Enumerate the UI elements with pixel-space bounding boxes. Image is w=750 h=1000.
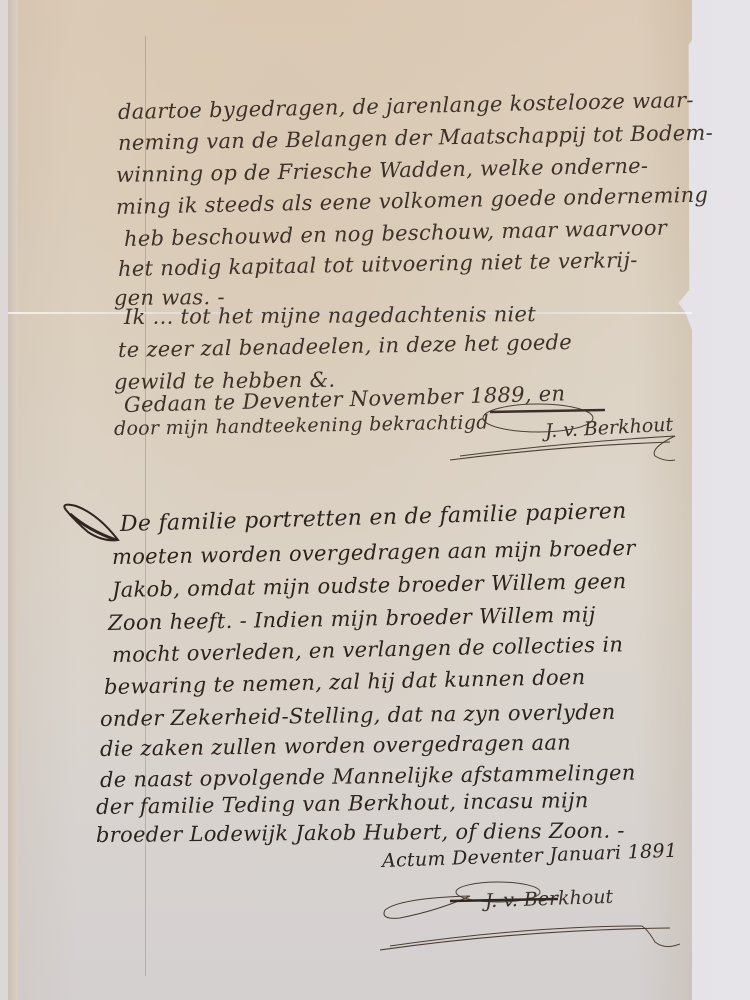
- text-line: heb beschouwd en nog beschouw, maar waar…: [124, 216, 668, 251]
- text-line: Ik ... tot het mijne nagedachtenis niet: [124, 302, 536, 329]
- text-line: bewaring te nemen, zal hij dat kunnen do…: [104, 665, 586, 699]
- text-line: het nodig kapitaal tot uitvoering niet t…: [118, 248, 638, 281]
- text-line: Jakob, omdat mijn oudste broeder Willem …: [112, 569, 627, 602]
- text-line: winning op de Friesche Wadden, welke ond…: [116, 154, 649, 187]
- text-line: ming ik steeds als eene volkomen goede o…: [116, 183, 709, 219]
- letter-body: daartoe bygedragen, de jarenlange kostel…: [0, 0, 750, 1000]
- text-line: mocht overleden, en verlangen de collect…: [112, 632, 624, 667]
- text-line: onder Zekerheid-Stelling, dat na zyn ove…: [100, 700, 616, 731]
- date-line-1891: Actum Deventer Januari 1891: [382, 840, 678, 872]
- text-line: de naast opvolgende Mannelijke afstammel…: [100, 761, 636, 792]
- text-line: moeten worden overgedragen aan mijn broe…: [112, 536, 636, 569]
- text-line: te zeer zal benadeelen, in deze het goed…: [118, 330, 572, 362]
- text-line: die zaken zullen worden overgedragen aan: [100, 730, 571, 761]
- text-line: broeder Lodewijk Jakob Hubert, of diens …: [96, 818, 625, 847]
- signature-flourish-1: [450, 398, 680, 468]
- signature-flourish-2: [380, 870, 680, 960]
- text-line: daartoe bygedragen, de jarenlange kostel…: [118, 88, 694, 124]
- text-line: Zoon heeft. - Indien mijn broeder Willem…: [108, 602, 596, 635]
- text-line: neming van de Belangen der Maatschappij …: [118, 121, 713, 155]
- text-line: De familie portretten en de familie papi…: [120, 499, 627, 537]
- text-line: der familie Teding van Berkhout, incasu …: [96, 788, 589, 819]
